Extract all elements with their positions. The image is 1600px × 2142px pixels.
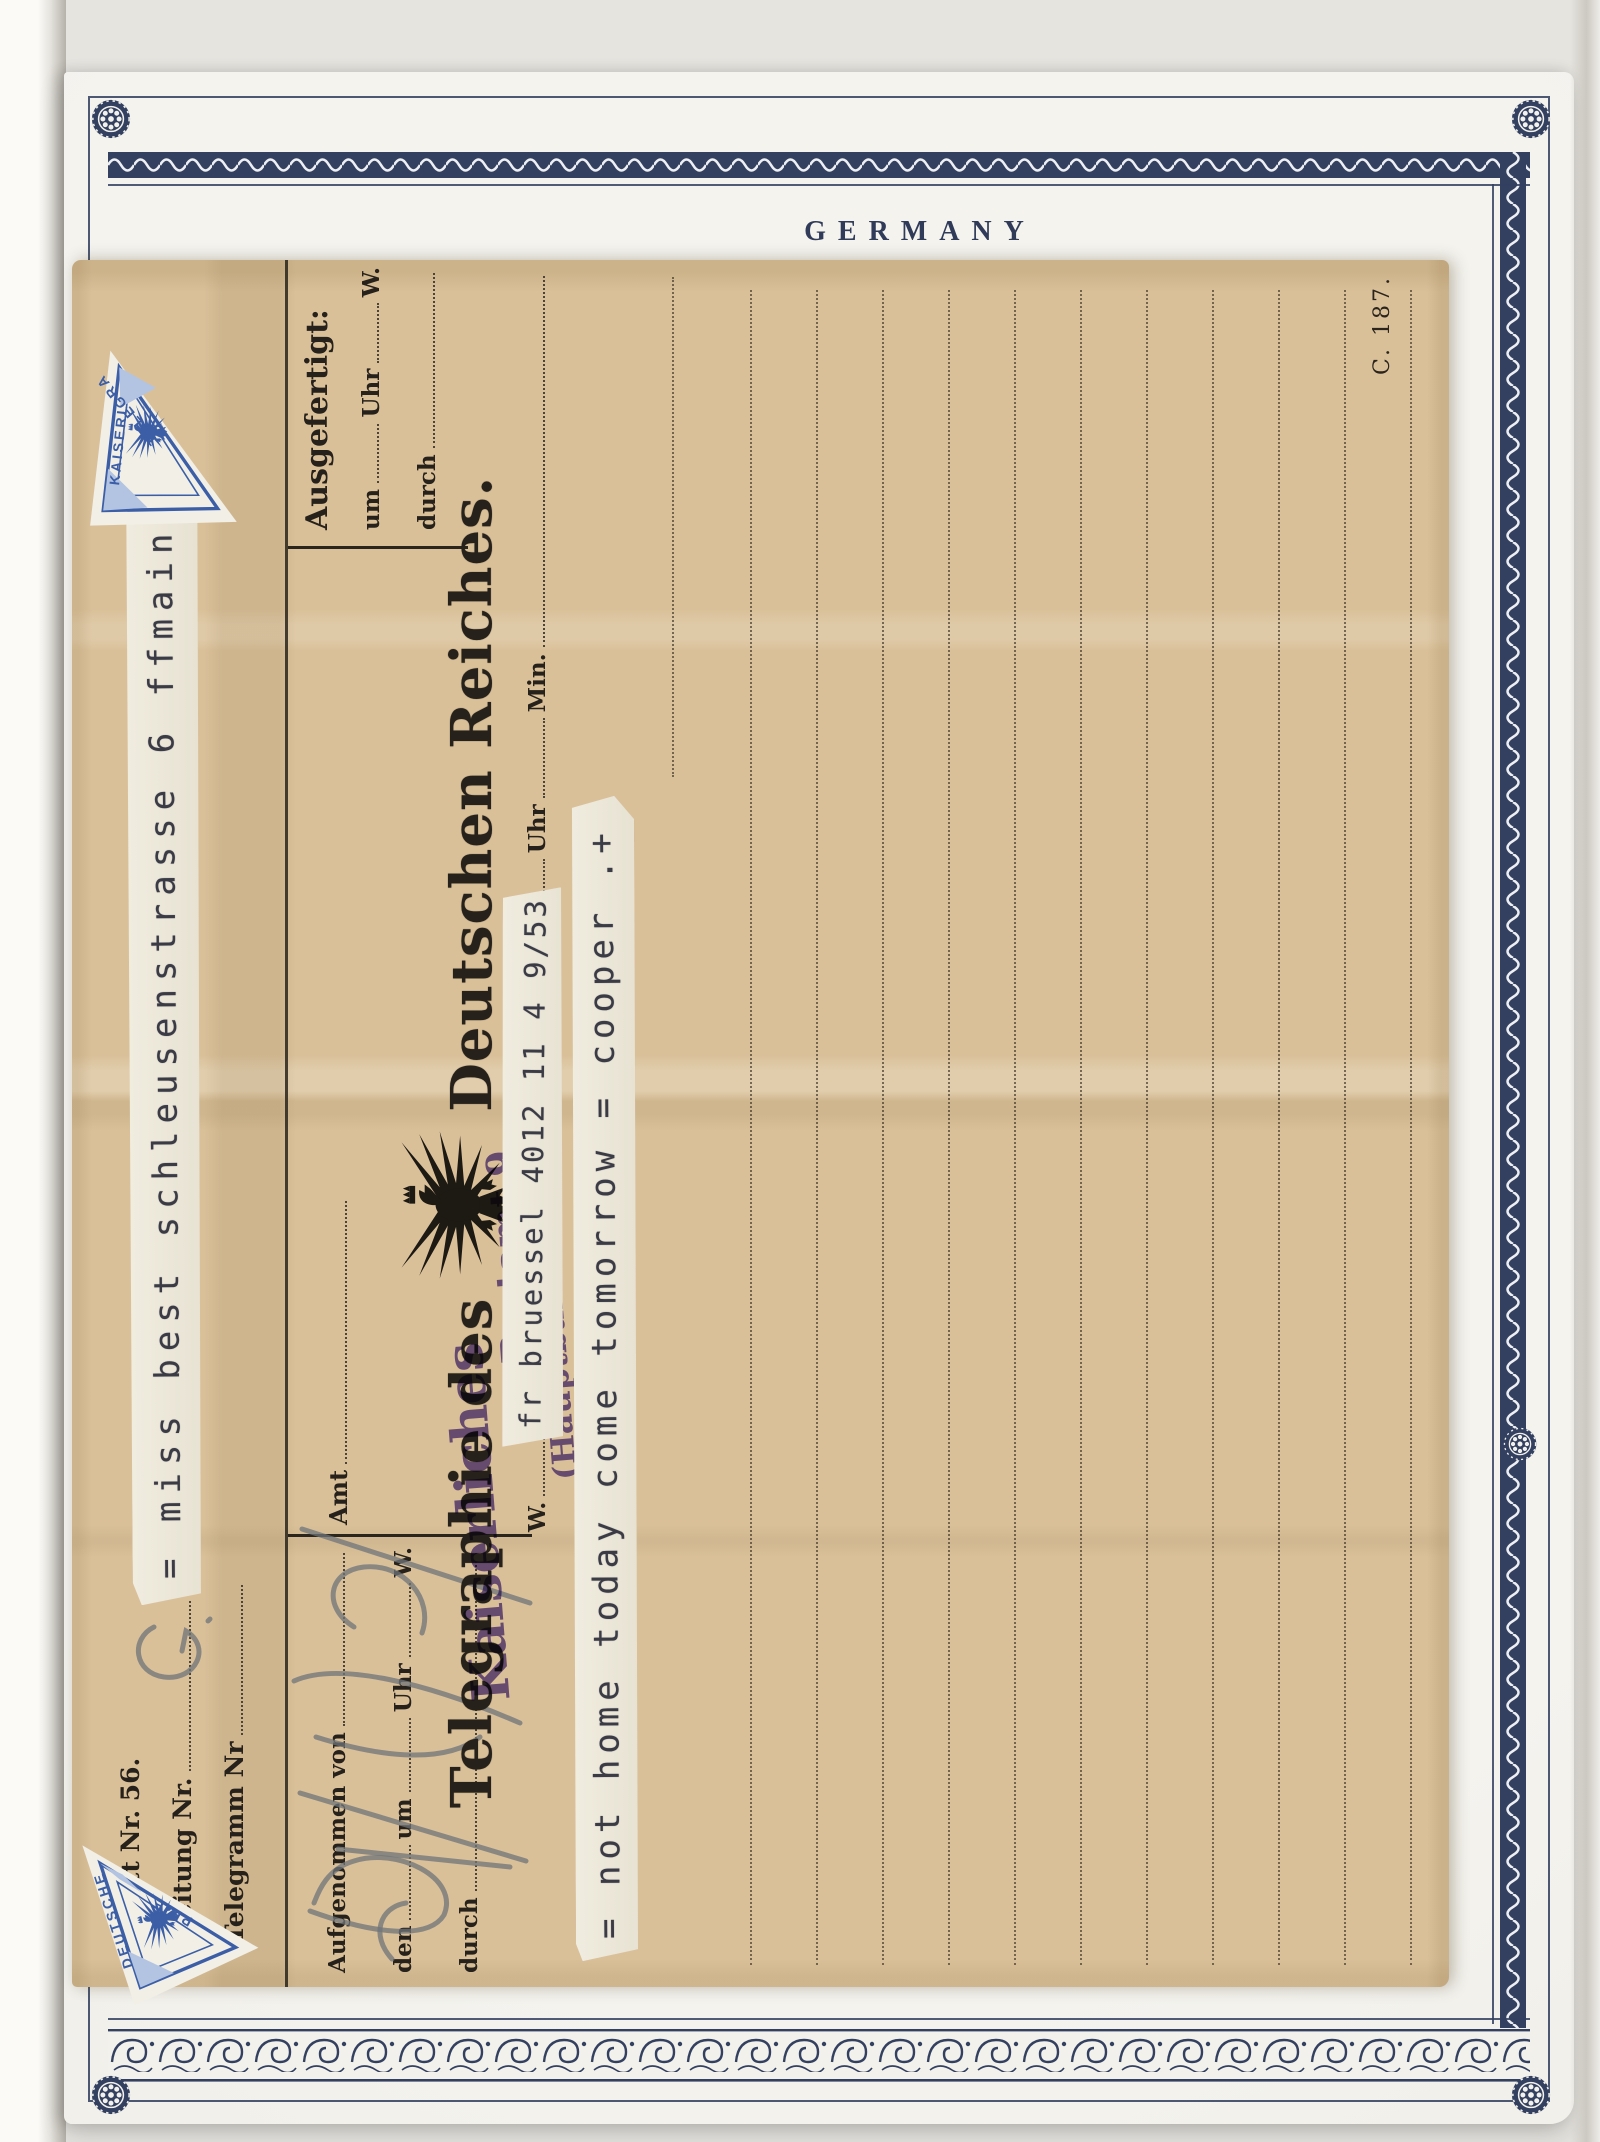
- message-ruled-line: [672, 277, 674, 777]
- typed-message: = miss best schleusenstrasse 6 ffmain: [141, 525, 190, 1605]
- durch-line: durch: [414, 267, 441, 530]
- amt-label: Amt: [324, 1470, 353, 1525]
- w-label: W.: [358, 267, 385, 297]
- dotted-blank: [174, 1602, 191, 1772]
- message-ruled-line: [1410, 290, 1412, 1965]
- durch-label: durch: [456, 1897, 483, 1973]
- um-label: um: [390, 1798, 417, 1839]
- telegram-tape-strip: = miss best schleusenstrasse 6 ffmain: [123, 475, 207, 1606]
- rosette-icon: [90, 2074, 132, 2116]
- den-label: den: [390, 1926, 417, 1973]
- message-ruled-line: [948, 290, 950, 1965]
- w-label: W.: [524, 1502, 551, 1532]
- border-top-wave-band: [108, 152, 1530, 178]
- message-ruled-line: [816, 290, 818, 1965]
- message-ruled-line: [1080, 290, 1082, 1965]
- message-ruled-line: [750, 290, 752, 1965]
- border-inner-rule-bottom: [108, 2018, 1530, 2020]
- dotted-blank: [528, 718, 545, 798]
- telegram-tape-strip: fr bruessel 4012 11 4 9/53 m: [497, 887, 569, 1448]
- rosette-icon: [90, 98, 132, 140]
- message-ruled-line: [1146, 290, 1148, 1965]
- ausgefertigt-title: Ausgefertigt:: [300, 267, 335, 530]
- message-ruled-line: [1344, 290, 1346, 1965]
- border-right-wave-band: [1500, 152, 1526, 2082]
- message-ruled-line: [1278, 290, 1280, 1965]
- message-ruled-line: [1212, 290, 1214, 1965]
- dotted-blank: [362, 303, 379, 362]
- um-label: um: [358, 489, 385, 530]
- durch-label: durch: [414, 454, 441, 530]
- border-inner-rule-right: [1492, 184, 1494, 2024]
- uhr-label: Uhr: [390, 1663, 417, 1712]
- scan-right-page-curve: [1570, 0, 1600, 2142]
- page-title: GERMANY: [710, 216, 1130, 248]
- dotted-blank: [394, 1845, 411, 1919]
- typed-message: = not home today come tomorrow = cooper …: [581, 827, 629, 1961]
- dotted-blank: [418, 273, 435, 448]
- telegram-document-area: Blatt Nr. 56. Leitung Nr. Telegramm Nr D…: [72, 260, 1449, 1987]
- scan-left-page-edge: [0, 0, 66, 2142]
- message-ruled-line: [882, 290, 884, 1965]
- rosette-icon: [1510, 2074, 1552, 2116]
- kaiserliche-telegraphie-stamp: KAISERL TELEGRA: [86, 344, 254, 544]
- form-number: C. 187.: [1370, 275, 1395, 375]
- rosette-icon: [1502, 1426, 1538, 1462]
- dotted-blank: [328, 1553, 345, 1726]
- min-label: Min.: [524, 653, 551, 712]
- uhr-label: Uhr: [524, 804, 551, 853]
- dotted-blank: [394, 1718, 411, 1792]
- uhr-label: Uhr: [358, 369, 385, 418]
- border-bottom-scroll-band: [108, 2028, 1530, 2082]
- border-inner-rule-top: [108, 184, 1530, 186]
- dotted-blank: [330, 1201, 347, 1464]
- dotted-blank: [528, 276, 545, 647]
- telegram-tape-strip: = not home today come tomorrow = cooper …: [568, 796, 642, 1961]
- amt-field: Amt: [324, 1195, 353, 1525]
- ausgefertigt-label: Ausgefertigt:: [300, 309, 335, 530]
- rosette-icon: [1510, 98, 1552, 140]
- aufgenommen-label: Aufgenommen von: [324, 1732, 351, 1973]
- um-uhr-line: um Uhr W.: [358, 267, 385, 530]
- dotted-blank: [362, 424, 379, 483]
- message-ruled-line: [1014, 290, 1016, 1965]
- photographed-album-page: GERMANY Blatt Nr. 56. Leitung Nr. Telegr…: [0, 0, 1600, 2142]
- aufgenommen-line: Aufgenommen von: [324, 1547, 351, 1973]
- dotted-blank: [226, 1585, 243, 1735]
- typed-message: fr bruessel 4012 11 4 9/53 m: [513, 856, 553, 1447]
- telegram-form: Blatt Nr. 56. Leitung Nr. Telegramm Nr D…: [72, 260, 1449, 1987]
- masthead-right: Deutschen Reiches.: [439, 476, 505, 1112]
